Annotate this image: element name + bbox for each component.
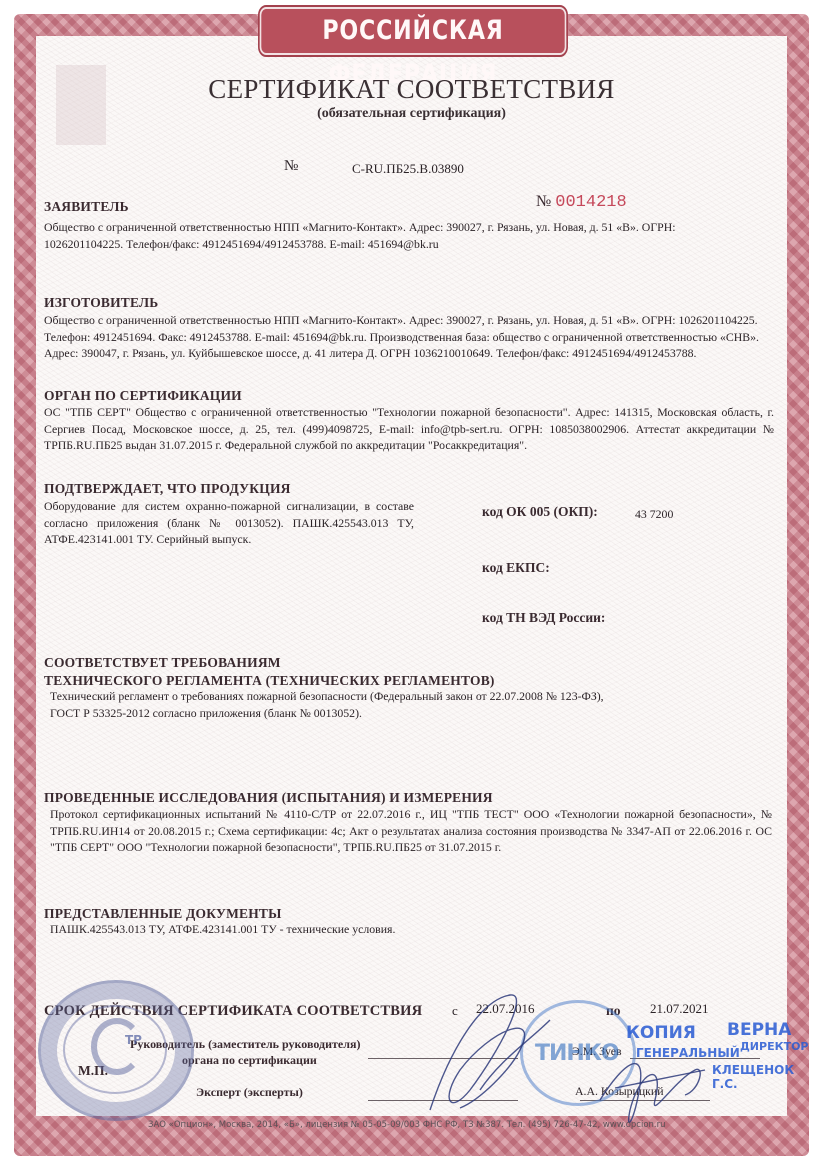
product-text: Оборудование для систем охранно-пожарной… — [44, 498, 414, 548]
tests-heading: ПРОВЕДЕННЫЕ ИССЛЕДОВАНИЯ (ИСПЫТАНИЯ) И И… — [44, 790, 493, 806]
requirements-heading: СООТВЕТСТВУЕТ ТРЕБОВАНИЯМ — [44, 655, 281, 671]
expert-label: Эксперт (эксперты) — [196, 1085, 303, 1100]
tests-text: Протокол сертификационных испытаний № 41… — [50, 806, 772, 856]
documents-heading: ПРЕДСТАВЛЕННЫЕ ДОКУМЕНТЫ — [44, 906, 282, 922]
code-ekps-label: код ЕКПС: — [482, 560, 550, 576]
seal-tr-mark: ТР — [125, 1033, 142, 1047]
certification-body-text: ОС "ТПБ СЕРТ" Общество с ограниченной от… — [44, 404, 774, 454]
requirements-line-1: Технический регламент о требованиях пожа… — [50, 688, 790, 705]
product-heading: ПОДТВЕРЖДАЕТ, ЧТО ПРОДУКЦИЯ — [44, 481, 291, 497]
regulations-heading: ТЕХНИЧЕСКОГО РЕГЛАМЕНТА (ТЕХНИЧЕСКИХ РЕГ… — [44, 673, 495, 689]
head-label-2: органа по сертификации — [182, 1053, 317, 1068]
certificate-paper — [36, 36, 787, 1116]
country-banner: РОССИЙСКАЯ ФЕДЕРАЦИЯ — [260, 7, 567, 55]
copy-stamp-word2: ВЕРНА — [727, 1020, 791, 1040]
certificate-subtitle: (обязательная сертификация) — [0, 106, 823, 122]
copy-stamp-title2: ДИРЕКТОР — [740, 1040, 809, 1053]
applicant-text: Общество с ограниченной ответственностью… — [44, 219, 744, 252]
manufacturer-heading: ИЗГОТОВИТЕЛЬ — [44, 295, 158, 311]
head-signature-icon — [420, 990, 560, 1120]
certification-body-heading: ОРГАН ПО СЕРТИФИКАЦИИ — [44, 388, 242, 404]
copy-stamp-name: КЛЕЩЕНОК Г.С. — [712, 1063, 823, 1091]
manufacturer-text: Общество с ограниченной ответственностью… — [44, 312, 774, 362]
code-tnved-label: код ТН ВЭД России: — [482, 610, 605, 626]
certificate-title: СЕРТИФИКАТ СООТВЕТСТВИЯ — [0, 74, 823, 105]
blank-number-label: № — [536, 193, 551, 210]
certification-body-seal: ТР — [38, 980, 194, 1121]
documents-text: ПАШК.425543.013 ТУ, АТФЕ.423141.001 ТУ -… — [50, 921, 770, 938]
code-okp-value: 43 7200 — [635, 506, 673, 523]
applicant-heading: ЗАЯВИТЕЛЬ — [44, 199, 129, 215]
number-label: № — [284, 158, 298, 175]
printer-info: ЗАО «Опцион», Москва, 2014, «Б», лицензи… — [148, 1120, 666, 1130]
code-okp-label: код ОК 005 (ОКП): — [482, 504, 598, 520]
certificate-number: C-RU.ПБ25.В.03890 — [352, 161, 464, 177]
validity-to-date: 21.07.2021 — [650, 1001, 709, 1018]
blank-number: №0014218 — [536, 193, 627, 212]
requirements-line-2: ГОСТ Р 53325-2012 согласно приложения (б… — [50, 705, 790, 722]
blank-number-value: 0014218 — [555, 193, 626, 212]
